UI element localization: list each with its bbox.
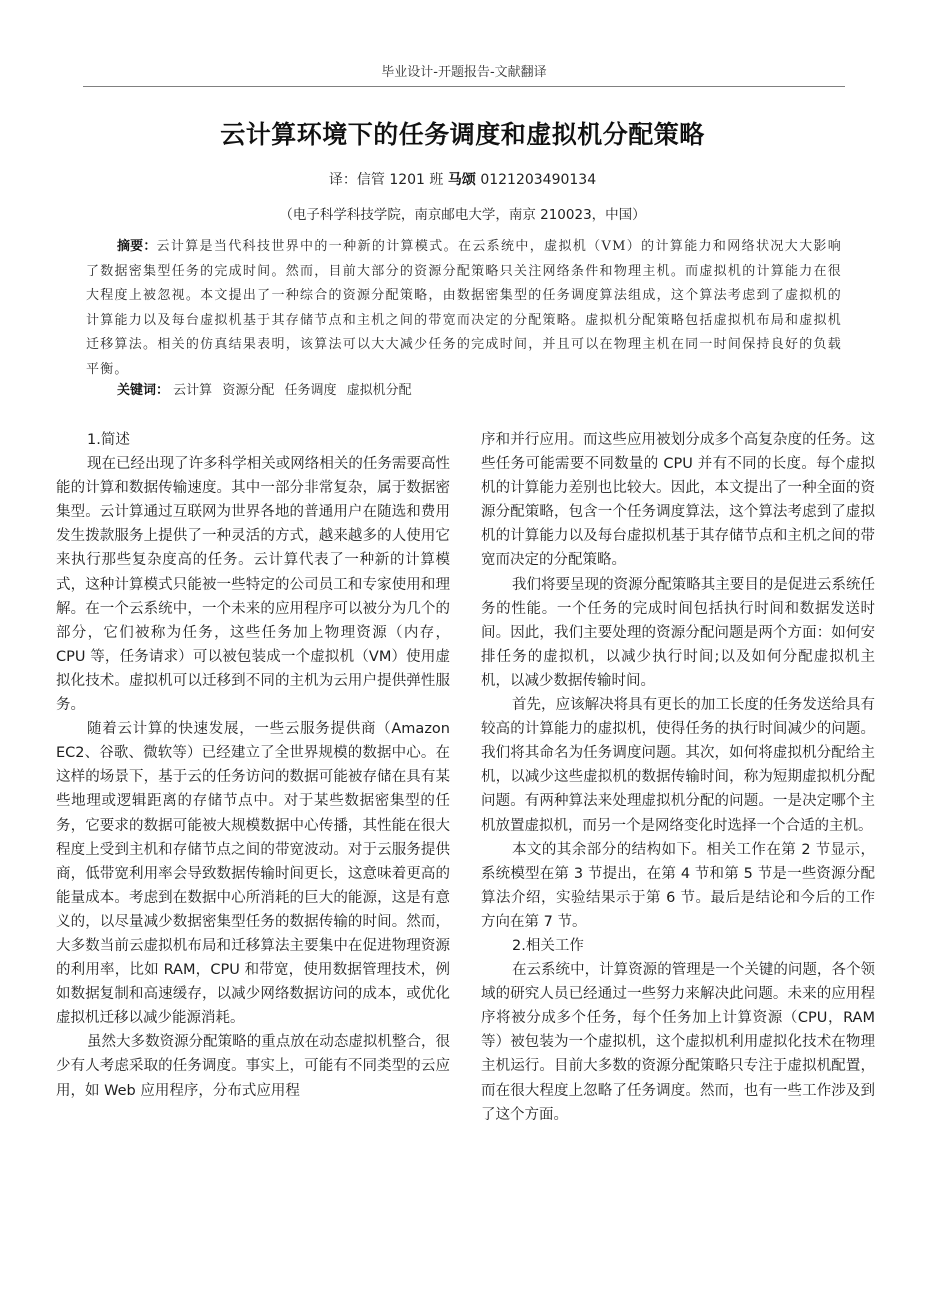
body-paragraph: 在云系统中，计算资源的管理是一个关键的问题，各个领域的研究人员已经通过一些努力来…	[481, 958, 875, 1127]
keywords: 关键词： 云计算 资源分配 任务调度 虚拟机分配	[117, 380, 418, 402]
right-column: 序和并行应用。而这些应用被划分成多个高复杂度的任务。这些任务可能需要不同数量的 …	[481, 428, 875, 1127]
keywords-label: 关键词：	[117, 383, 169, 398]
body-paragraph: 我们将要呈现的资源分配策略其主要目的是促进云系统任务的性能。一个任务的完成时间包…	[481, 573, 875, 693]
keyword: 资源分配	[222, 383, 274, 398]
body-paragraph: 随着云计算的快速发展，一些云服务提供商（Amazon EC2、谷歌、微软等）已经…	[56, 717, 450, 1030]
header-divider	[83, 86, 845, 87]
body-paragraph: 本文的其余部分的结构如下。相关工作在第 2 节显示，系统模型在第 3 节提出，在…	[481, 838, 875, 934]
body-paragraph: 虽然大多数资源分配策略的重点放在动态虚拟机整合，很少有人考虑采取的任务调度。事实…	[56, 1030, 450, 1102]
abstract: 摘要：云计算是当代科技世界中的一种新的计算模式。在云系统中，虚拟机（VM）的计算…	[86, 235, 842, 382]
section-heading-introduction: 1.简述	[56, 428, 450, 452]
running-header: 毕业设计-开题报告-文献翻译	[83, 64, 845, 82]
paper-title: 云计算环境下的任务调度和虚拟机分配策略	[0, 117, 925, 153]
student-id: 0121203490134	[480, 172, 596, 188]
keyword: 云计算	[173, 383, 212, 398]
abstract-text: 云计算是当代科技世界中的一种新的计算模式。在云系统中，虚拟机（VM）的计算能力和…	[86, 239, 842, 377]
keyword: 任务调度	[284, 383, 336, 398]
author-name: 马颂	[448, 172, 476, 188]
keyword: 虚拟机分配	[347, 383, 412, 398]
body-paragraph: 首先，应该解决将具有更长的加工长度的任务发送给具有较高的计算能力的虚拟机，使得任…	[481, 693, 875, 838]
section-heading-related-work: 2.相关工作	[481, 934, 875, 958]
affiliation: （电子科学科技学院，南京邮电大学，南京 210023，中国）	[0, 205, 925, 225]
body-paragraph-continued: 序和并行应用。而这些应用被划分成多个高复杂度的任务。这些任务可能需要不同数量的 …	[481, 428, 875, 573]
body-paragraph: 现在已经出现了许多科学相关或网络相关的任务需要高性能的计算和数据传输速度。其中一…	[56, 452, 450, 717]
author-prefix: 译：信管 1201 班	[329, 172, 444, 188]
left-column: 1.简述 现在已经出现了许多科学相关或网络相关的任务需要高性能的计算和数据传输速…	[56, 428, 450, 1103]
abstract-label: 摘要：	[117, 239, 156, 254]
author-line: 译：信管 1201 班 马颂 0121203490134	[0, 170, 925, 190]
